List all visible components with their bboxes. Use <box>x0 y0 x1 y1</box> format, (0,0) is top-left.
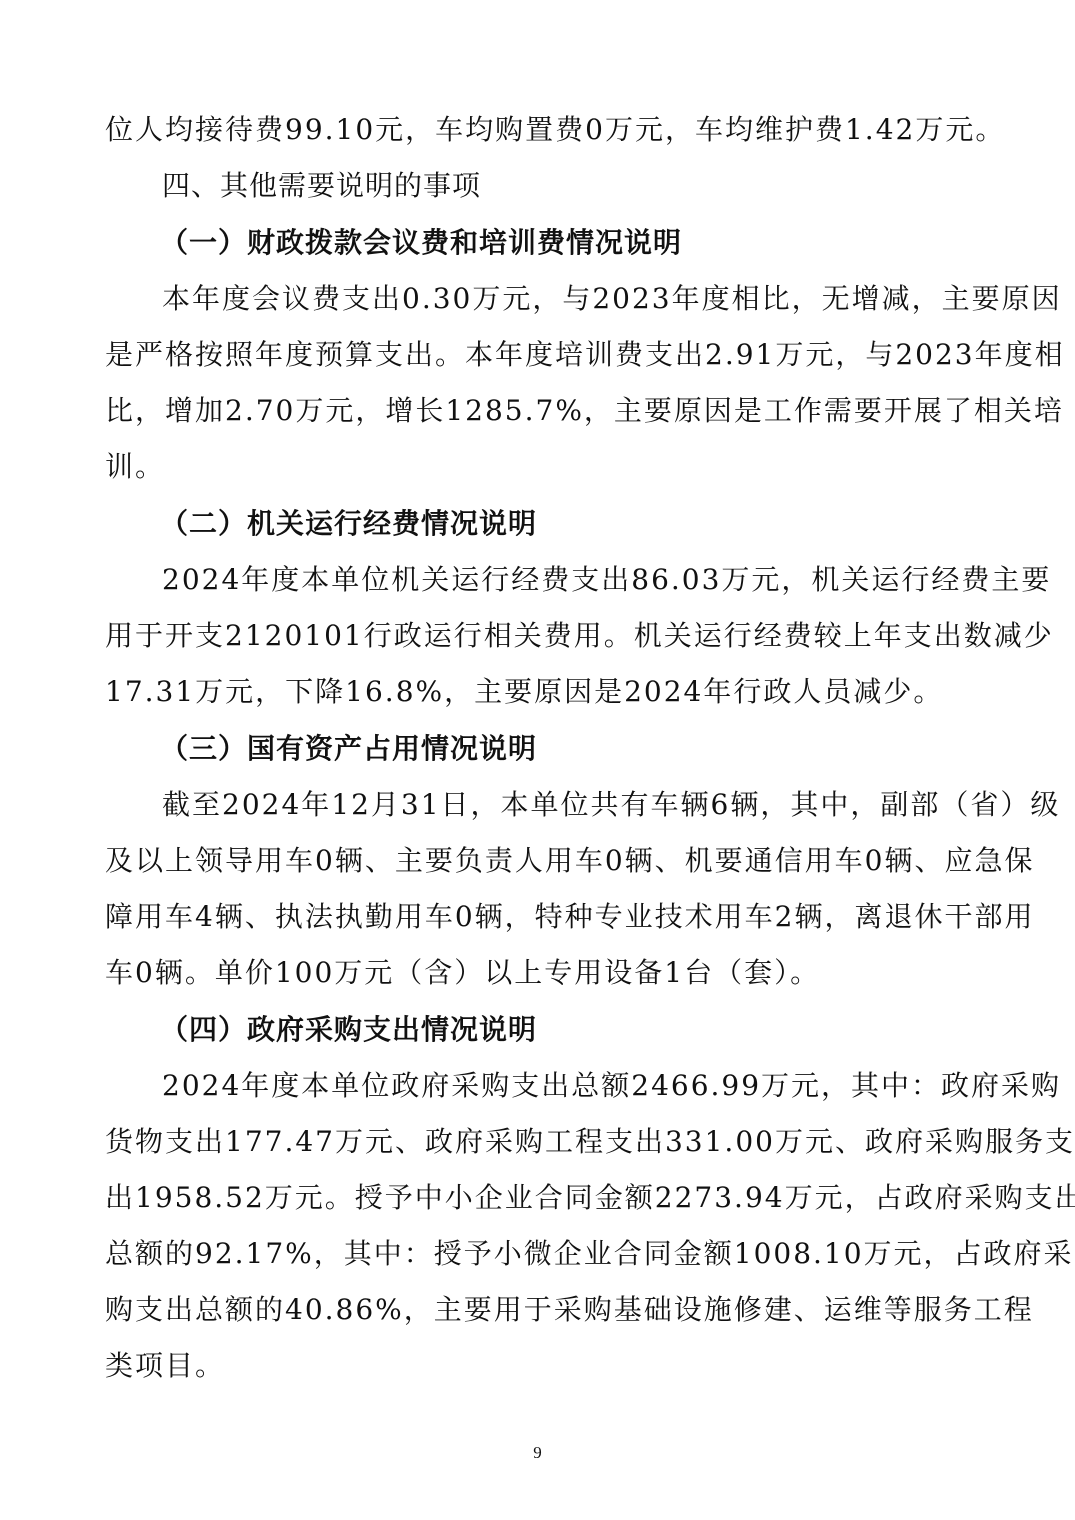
page-number: 9 <box>0 1443 1075 1463</box>
paragraph-line: 2024年度本单位机关运行经费支出86.03万元，机关运行经费主要 <box>162 562 971 598</box>
paragraph-line: 出1958.52万元。授予中小企业合同金额2273.94万元，占政府采购支出 <box>105 1180 971 1216</box>
paragraph-line: 截至2024年12月31日，本单位共有车辆6辆，其中，副部（省）级 <box>162 787 971 823</box>
paragraph-line: 车0辆。单价100万元（含）以上专用设备1台（套）。 <box>105 955 820 991</box>
subsection-heading: （三）国有资产占用情况说明 <box>160 731 537 767</box>
paragraph-line: 及以上领导用车0辆、主要负责人用车0辆、机要通信用车0辆、应急保 <box>105 843 971 879</box>
paragraph-line: 类项目。 <box>105 1348 225 1384</box>
paragraph-line: 2024年度本单位政府采购支出总额2466.99万元，其中：政府采购 <box>162 1068 971 1104</box>
subsection-heading: （四）政府采购支出情况说明 <box>160 1012 537 1048</box>
section-heading: 四、其他需要说明的事项 <box>162 168 481 204</box>
paragraph-line: 本年度会议费支出0.30万元，与2023年度相比，无增减，主要原因 <box>162 281 971 317</box>
paragraph-line: 总额的92.17%，其中：授予小微企业合同金额1008.10万元，占政府采 <box>105 1236 971 1272</box>
paragraph-line: 位人均接待费99.10元，车均购置费0万元，车均维护费1.42万元。 <box>105 112 971 148</box>
subsection-heading: （一）财政拨款会议费和培训费情况说明 <box>160 225 682 261</box>
paragraph-line: 是严格按照年度预算支出。本年度培训费支出2.91万元，与2023年度相 <box>105 337 971 373</box>
paragraph-line: 货物支出177.47万元、政府采购工程支出331.00万元、政府采购服务支 <box>105 1124 971 1160</box>
paragraph-line: 购支出总额的40.86%，主要用于采购基础设施修建、运维等服务工程 <box>105 1292 971 1328</box>
paragraph-line: 17.31万元，下降16.8%，主要原因是2024年行政人员减少。 <box>105 674 943 710</box>
paragraph-line: 训。 <box>105 449 165 485</box>
paragraph-line: 障用车4辆、执法执勤用车0辆，特种专业技术用车2辆，离退休干部用 <box>105 899 971 935</box>
subsection-heading: （二）机关运行经费情况说明 <box>160 506 537 542</box>
paragraph-line: 比，增加2.70万元，增长1285.7%，主要原因是工作需要开展了相关培 <box>105 393 971 429</box>
paragraph-line: 用于开支2120101行政运行相关费用。机关运行经费较上年支出数减少 <box>105 618 971 654</box>
